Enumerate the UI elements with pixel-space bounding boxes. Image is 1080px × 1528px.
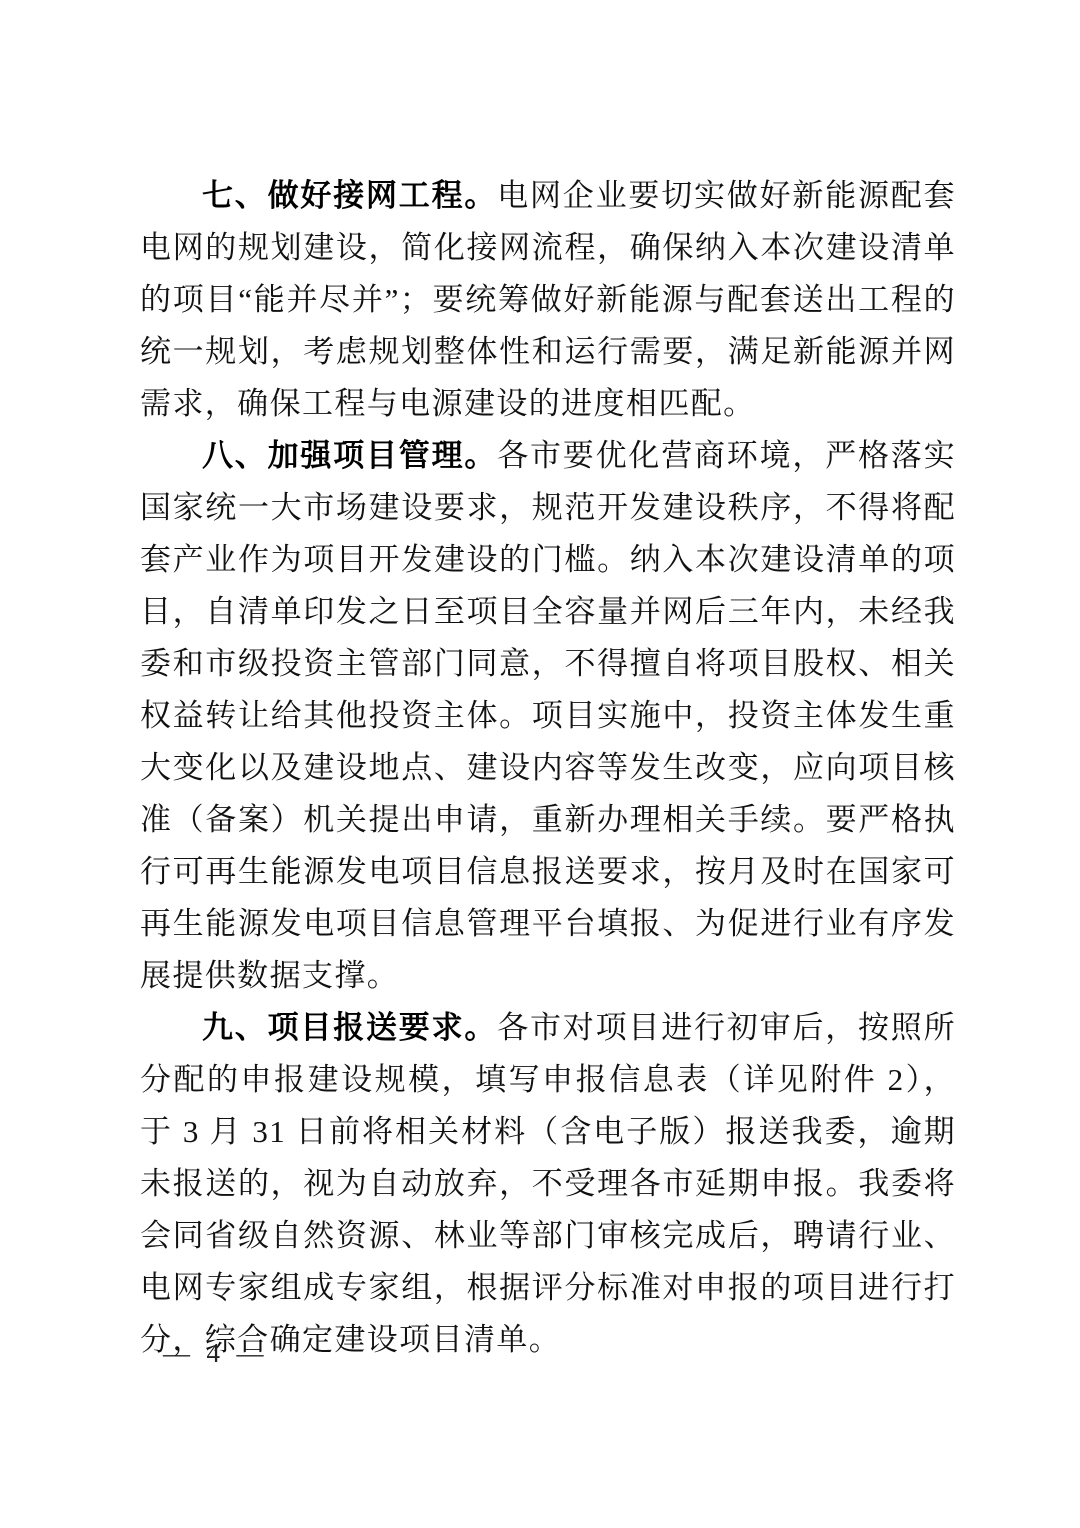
document-page: 七、做好接网工程。电网企业要切实做好新能源配套电网的规划建设，简化接网流程，确保… (0, 0, 1080, 1528)
paragraph-section-8: 八、加强项目管理。各市要优化营商环境，严格落实国家统一大市场建设要求，规范开发建… (140, 430, 956, 1002)
paragraph-section-7: 七、做好接网工程。电网企业要切实做好新能源配套电网的规划建设，简化接网流程，确保… (140, 170, 956, 430)
page-number: — 4 — (163, 1338, 268, 1369)
section-8-heading: 八、加强项目管理。 (202, 438, 497, 473)
section-9-text: 各市对项目进行初审后，按照所分配的申报建设规模，填写申报信息表（详见附件 2），… (140, 1010, 956, 1357)
document-body: 七、做好接网工程。电网企业要切实做好新能源配套电网的规划建设，简化接网流程，确保… (140, 170, 956, 1366)
section-8-text: 各市要优化营商环境，严格落实国家统一大市场建设要求，规范开发建设秩序，不得将配套… (140, 438, 956, 993)
section-7-text: 电网企业要切实做好新能源配套电网的规划建设，简化接网流程，确保纳入本次建设清单的… (140, 178, 956, 421)
section-9-heading: 九、项目报送要求。 (202, 1010, 497, 1045)
paragraph-section-9: 九、项目报送要求。各市对项目进行初审后，按照所分配的申报建设规模，填写申报信息表… (140, 1002, 956, 1366)
section-7-heading: 七、做好接网工程。 (202, 178, 497, 213)
